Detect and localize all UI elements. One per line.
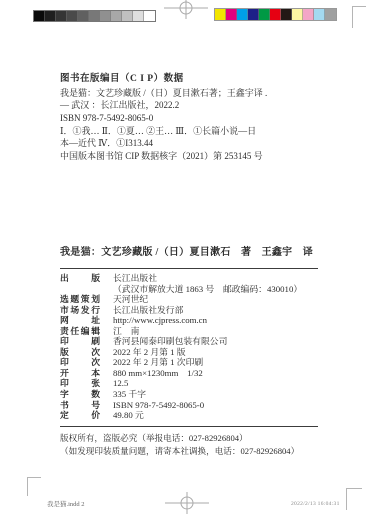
colophon-label: 选题策划 bbox=[60, 294, 100, 305]
trim-mark bbox=[346, 488, 347, 510]
grayscale-calibration-bar bbox=[33, 10, 156, 22]
colophon-row: 印 次2022 年 2 月第 1 次印刷 bbox=[60, 357, 340, 368]
colophon-label: 责任编辑 bbox=[60, 326, 100, 337]
colophon-value: 江 南 bbox=[113, 326, 340, 337]
cmyk-calibration-bar bbox=[214, 8, 337, 21]
gray-swatch bbox=[144, 11, 155, 21]
colophon-value: 2022 年 2 月第 1 次印刷 bbox=[113, 357, 340, 368]
colophon-value: 12.5 bbox=[113, 378, 340, 389]
file-slug: 我是猫.indd 2 bbox=[47, 499, 85, 508]
colophon-label bbox=[60, 284, 100, 295]
cip-line: ISBN 978-7-5492-8065-0 bbox=[60, 112, 332, 124]
cip-line: Ⅰ．①我… Ⅱ．①夏… ②王… Ⅲ．①长篇小说—日 bbox=[60, 125, 332, 137]
cip-classification: Ⅰ．①我… Ⅱ．①夏… ②王… Ⅲ．①长篇小说—日 本—近代 Ⅳ．①I313.4… bbox=[60, 125, 332, 150]
spacer bbox=[100, 284, 113, 295]
colophon-row: （武汉市解放大道 1863 号 邮政编码：430010） bbox=[60, 284, 340, 295]
colophon-label: 版 次 bbox=[60, 347, 100, 358]
gray-swatch bbox=[122, 11, 133, 21]
spacer bbox=[100, 315, 113, 326]
colophon-label: 字 数 bbox=[60, 389, 100, 400]
cip-line: 我是猫：文艺珍藏版 /（日）夏目漱石著；王鑫宇译 . bbox=[60, 87, 332, 99]
color-swatch bbox=[248, 9, 259, 20]
colophon-value: 长江出版社发行部 bbox=[113, 305, 340, 316]
colophon-value: 香河县闻泰印刷包装有限公司 bbox=[113, 336, 340, 347]
colophon-value: 49.80 元 bbox=[113, 410, 340, 421]
spacer bbox=[100, 273, 113, 284]
colophon-row: 网 址http://www.cjpress.com.cn bbox=[60, 315, 340, 326]
colophon-value: 天河世纪 bbox=[113, 294, 340, 305]
colophon-table: 出 版长江出版社（武汉市解放大道 1863 号 邮政编码：430010）选题策划… bbox=[60, 273, 340, 421]
spacer bbox=[100, 368, 113, 379]
color-swatch bbox=[215, 9, 226, 20]
spacer bbox=[100, 347, 113, 358]
colophon-label: 市场发行 bbox=[60, 305, 100, 316]
gray-swatch bbox=[34, 11, 45, 21]
gray-swatch bbox=[56, 11, 67, 21]
spacer bbox=[100, 389, 113, 400]
colophon-row: 定 价49.80 元 bbox=[60, 410, 340, 421]
colophon-row: 市场发行长江出版社发行部 bbox=[60, 305, 340, 316]
divider bbox=[60, 426, 318, 427]
cip-record-number: 中国版本图书馆 CIP 数据核字（2021）第 253145 号 bbox=[60, 150, 332, 162]
spacer bbox=[100, 410, 113, 421]
color-swatch bbox=[237, 9, 248, 20]
spacer bbox=[100, 400, 113, 411]
registration-mark-icon bbox=[164, 0, 208, 19]
colophon-value: ISBN 978-7-5492-8065-0 bbox=[113, 400, 340, 411]
divider bbox=[60, 268, 318, 269]
colophon-value: http://www.cjpress.com.cn bbox=[113, 315, 340, 326]
color-swatch bbox=[325, 9, 336, 20]
copyright-line: 版权所有，盗版必究（举报电话：027-82926804） bbox=[60, 432, 360, 445]
colophon-row: 印 刷香河县闻泰印刷包装有限公司 bbox=[60, 336, 340, 347]
copyright-notice: 版权所有，盗版必究（举报电话：027-82926804） （如发现印装质量问题，… bbox=[60, 432, 360, 458]
spacer bbox=[100, 305, 113, 316]
spacer bbox=[100, 326, 113, 337]
color-swatch bbox=[314, 9, 325, 20]
colophon-value: 2022 年 2 月第 1 版 bbox=[113, 347, 340, 358]
colophon-row: 出 版长江出版社 bbox=[60, 273, 340, 284]
colophon-value: 335 千字 bbox=[113, 389, 340, 400]
colophon-label: 网 址 bbox=[60, 315, 100, 326]
colophon-row: 开 本880 mm×1230mm 1/32 bbox=[60, 368, 340, 379]
color-swatch bbox=[281, 9, 292, 20]
copyright-line: （如发现印装质量问题，请寄本社调换，电话：027-82926804） bbox=[60, 445, 360, 458]
trim-mark bbox=[352, 6, 366, 7]
copyright-page: 图书在版编目（C I P）数据 我是猫：文艺珍藏版 /（日）夏目漱石著；王鑫宇译… bbox=[0, 0, 375, 517]
spacer bbox=[100, 378, 113, 389]
gray-swatch bbox=[111, 11, 122, 21]
colophon-row: 字 数335 千字 bbox=[60, 389, 340, 400]
color-swatch bbox=[259, 9, 270, 20]
color-swatch bbox=[226, 9, 237, 20]
trim-mark bbox=[27, 477, 41, 478]
gray-swatch bbox=[45, 11, 56, 21]
registration-mark-icon bbox=[165, 492, 209, 514]
colophon-row: 印 张12.5 bbox=[60, 378, 340, 389]
colophon-label: 开 本 bbox=[60, 368, 100, 379]
colophon-row: 责任编辑江 南 bbox=[60, 326, 340, 337]
gray-swatch bbox=[89, 11, 100, 21]
spacer bbox=[100, 357, 113, 368]
gray-swatch bbox=[67, 11, 78, 21]
colophon-label: 书 号 bbox=[60, 400, 100, 411]
colophon-row: 书 号ISBN 978-7-5492-8065-0 bbox=[60, 400, 340, 411]
trim-mark bbox=[346, 488, 362, 489]
colophon-label: 出 版 bbox=[60, 273, 100, 284]
book-title: 我是猫：文艺珍藏版 /（日）夏目漱石 著 王鑫宇 译 bbox=[60, 243, 313, 258]
gray-swatch bbox=[133, 11, 144, 21]
colophon-label: 印 刷 bbox=[60, 336, 100, 347]
colophon-row: 版 次2022 年 2 月第 1 版 bbox=[60, 347, 340, 358]
colophon-row: 选题策划天河世纪 bbox=[60, 294, 340, 305]
colophon-label: 印 次 bbox=[60, 357, 100, 368]
trim-mark bbox=[352, 6, 353, 28]
cip-line: — 武汉 ：长江出版社，2022.2 bbox=[60, 99, 332, 111]
timestamp-slug: 2022/2/13 16:04:31 bbox=[291, 501, 340, 507]
color-swatch bbox=[270, 9, 281, 20]
spacer bbox=[100, 294, 113, 305]
cip-bibliography: 我是猫：文艺珍藏版 /（日）夏目漱石著；王鑫宇译 . — 武汉 ：长江出版社，2… bbox=[60, 87, 332, 124]
color-swatch bbox=[292, 9, 303, 20]
color-swatch bbox=[303, 9, 314, 20]
trim-mark bbox=[27, 477, 28, 496]
colophon-value: 880 mm×1230mm 1/32 bbox=[113, 368, 340, 379]
spacer bbox=[100, 336, 113, 347]
colophon-label: 印 张 bbox=[60, 378, 100, 389]
gray-swatch bbox=[100, 11, 111, 21]
gray-swatch bbox=[78, 11, 89, 21]
cip-line: 本—近代 Ⅳ．①I313.44 bbox=[60, 137, 332, 149]
colophon-value: （武汉市解放大道 1863 号 邮政编码：430010） bbox=[113, 284, 340, 295]
colophon-label: 定 价 bbox=[60, 410, 100, 421]
cip-header: 图书在版编目（C I P）数据 bbox=[60, 70, 184, 84]
colophon-value: 长江出版社 bbox=[113, 273, 340, 284]
